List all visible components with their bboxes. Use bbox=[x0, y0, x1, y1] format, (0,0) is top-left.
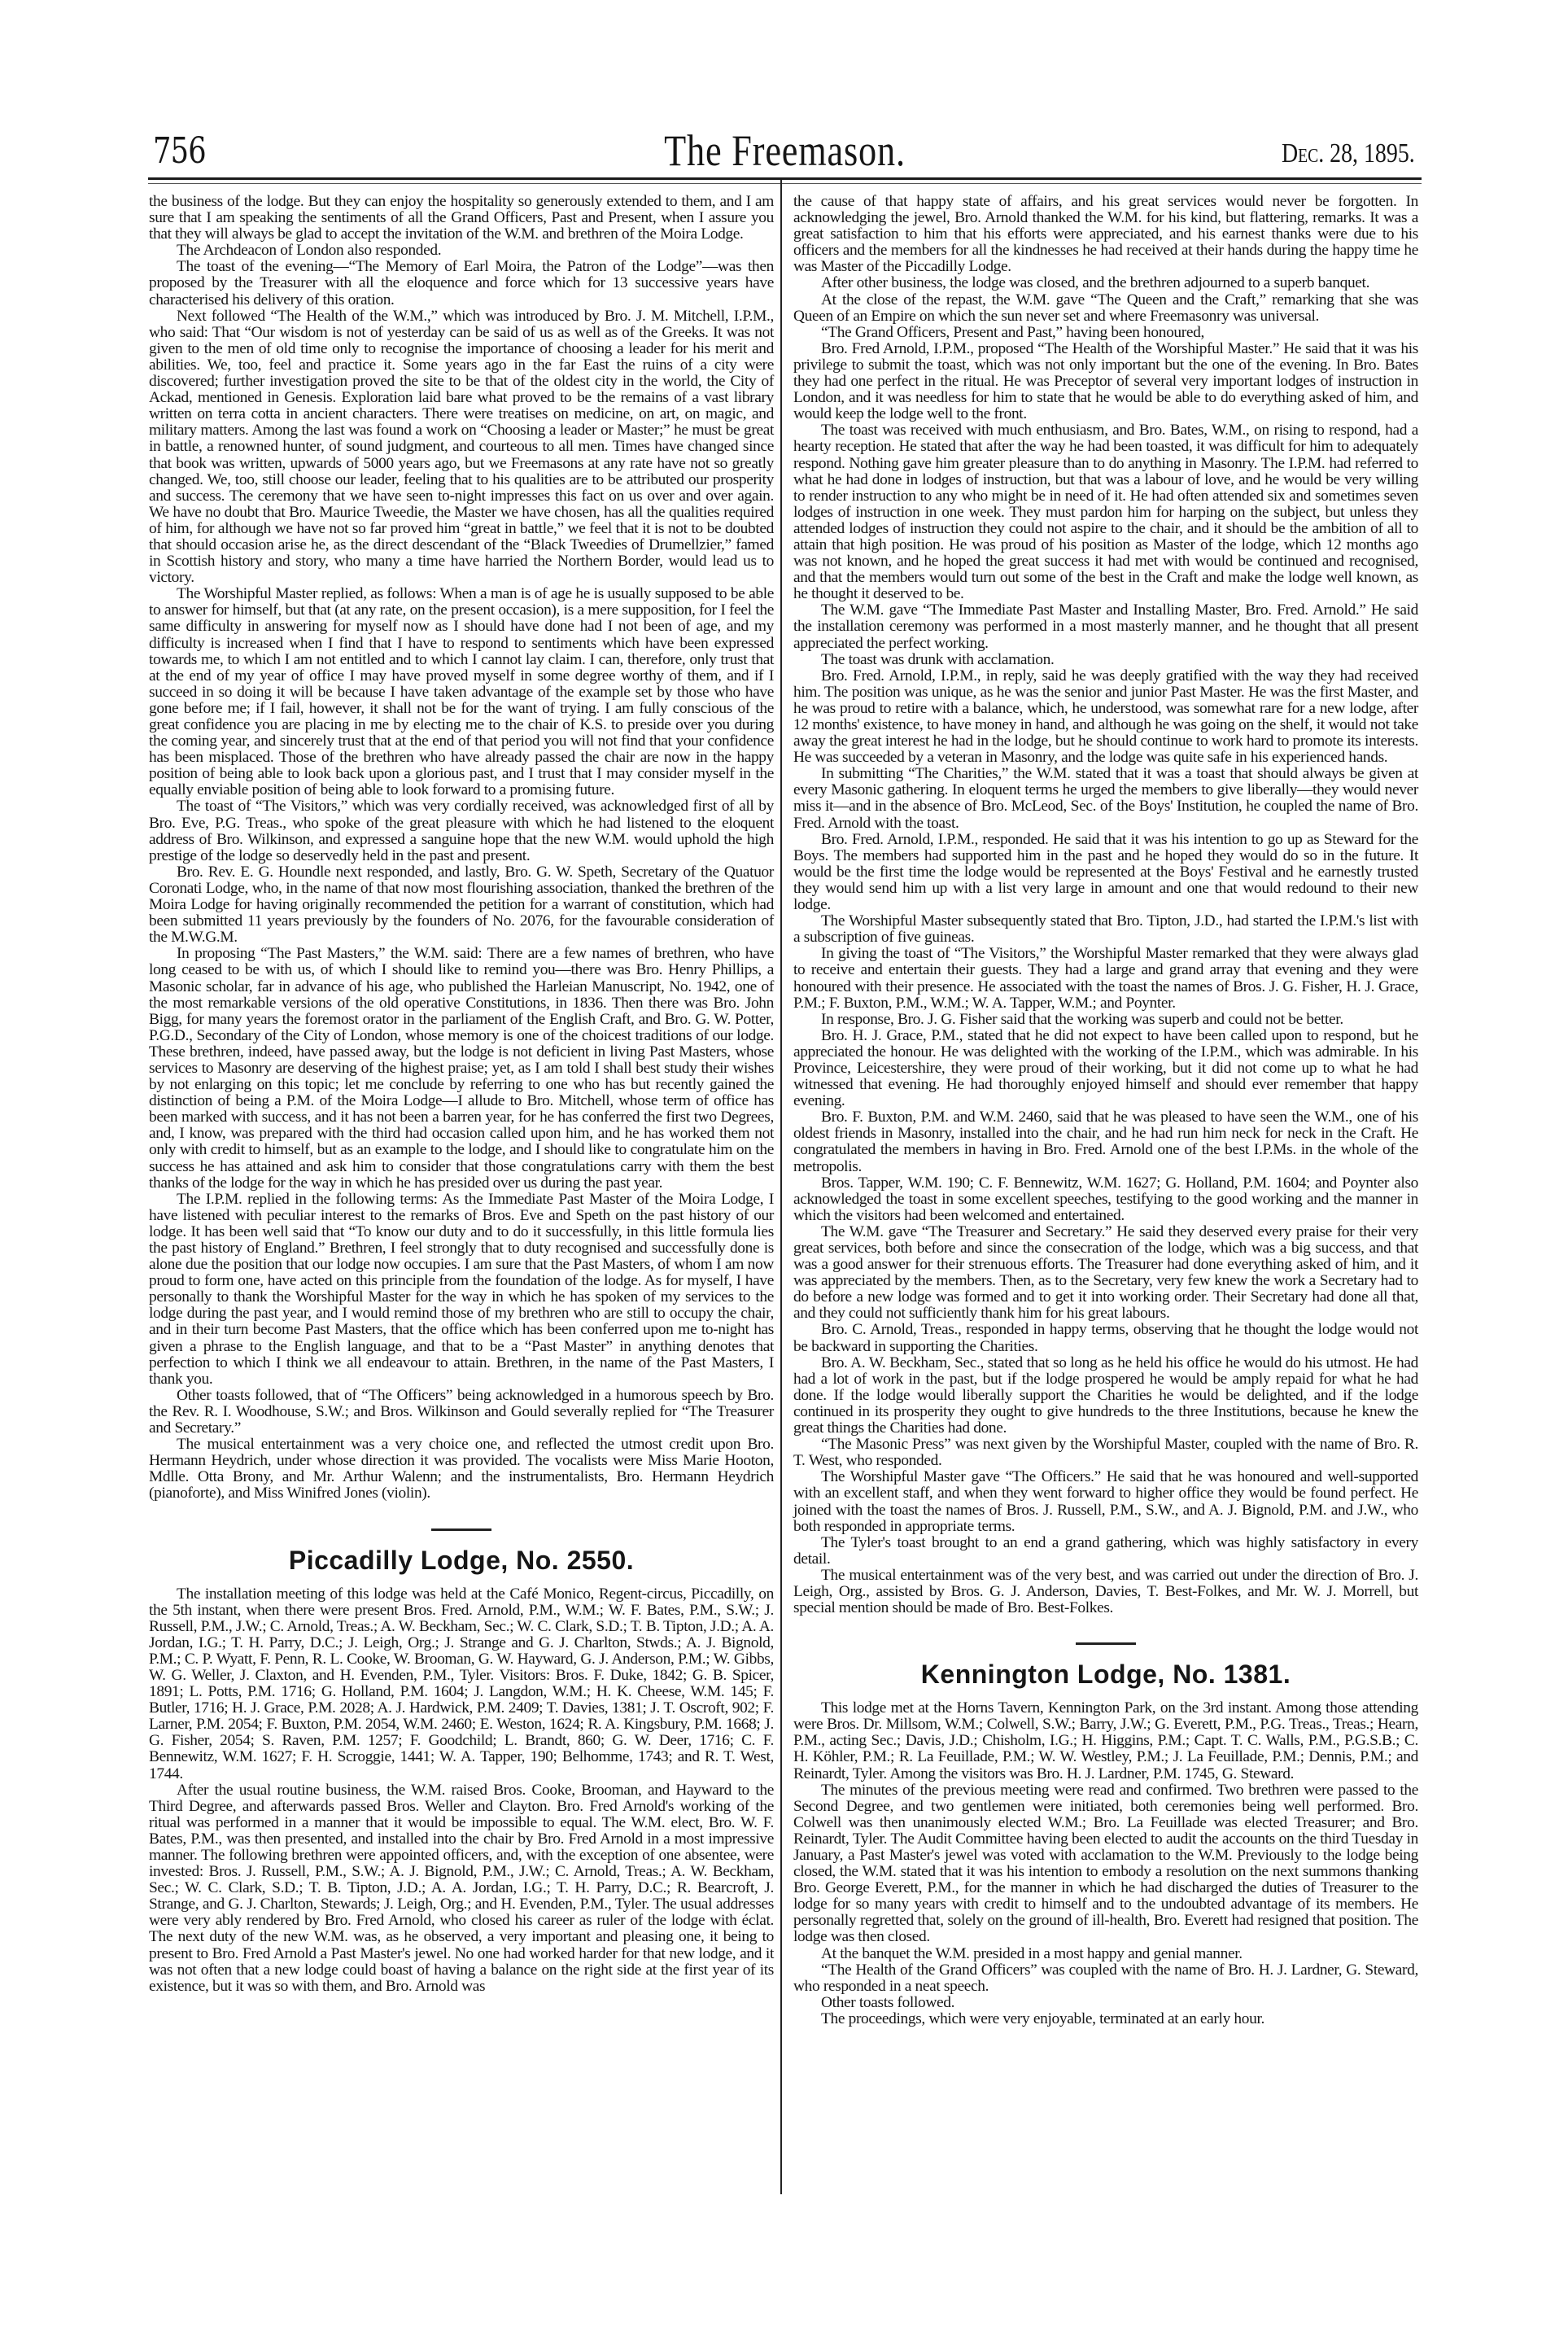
paragraph: The Worshipful Master replied, as follow… bbox=[149, 586, 774, 798]
paragraph: Other toasts followed, that of “The Offi… bbox=[149, 1388, 774, 1437]
paragraph: In submitting “The Charities,” the W.M. … bbox=[793, 766, 1418, 831]
paragraph: In proposing “The Past Masters,” the W.M… bbox=[149, 946, 774, 1191]
article-kennington-lodge: Kennington Lodge, No. 1381. This lodge m… bbox=[793, 1660, 1418, 2027]
paragraph: Other toasts followed. bbox=[793, 1995, 1418, 2011]
paragraph: The W.M. gave “The Immediate Past Master… bbox=[793, 602, 1418, 651]
paragraph: The minutes of the previous meeting were… bbox=[793, 1782, 1418, 1946]
paragraph: Bro. H. J. Grace, P.M., stated that he d… bbox=[793, 1028, 1418, 1109]
paragraph: “The Masonic Press” was next given by th… bbox=[793, 1437, 1418, 1469]
paragraph: The toast of the evening—“The Memory of … bbox=[149, 259, 774, 308]
paragraph: The Archdeacon of London also responded. bbox=[149, 243, 774, 259]
paragraph: This lodge met at the Horns Tavern, Kenn… bbox=[793, 1700, 1418, 1782]
paragraph: The installation meeting of this lodge w… bbox=[149, 1586, 774, 1782]
page-number: 756 bbox=[153, 130, 206, 172]
paragraph: Bro. Rev. E. G. Houndle next responded, … bbox=[149, 864, 774, 946]
newspaper-title: The Freemason. bbox=[263, 125, 1307, 176]
section-separator bbox=[431, 1528, 491, 1531]
article-heading: Kennington Lodge, No. 1381. bbox=[793, 1660, 1418, 1689]
paragraph: Bro. Fred. Arnold, I.P.M., responded. He… bbox=[793, 832, 1418, 913]
right-column: the cause of that happy state of affairs… bbox=[793, 194, 1418, 2027]
paragraph: At the banquet the W.M. presided in a mo… bbox=[793, 1946, 1418, 1962]
paragraph: After other business, the lodge was clos… bbox=[793, 275, 1418, 291]
paragraph: After the usual routine business, the W.… bbox=[149, 1782, 774, 1995]
article-moira-lodge-continued: the business of the lodge. But they can … bbox=[149, 194, 774, 1502]
paragraph: Next followed “The Health of the W.M.,” … bbox=[149, 308, 774, 587]
paragraph: “The Health of the Grand Officers” was c… bbox=[793, 1962, 1418, 1995]
paragraph: In giving the toast of “The Visitors,” t… bbox=[793, 946, 1418, 1011]
paragraph: Bro. A. W. Beckham, Sec., stated that so… bbox=[793, 1355, 1418, 1437]
paragraph: The musical entertainment was a very cho… bbox=[149, 1437, 774, 1502]
paragraph: Bro. Fred Arnold, I.P.M., proposed “The … bbox=[793, 341, 1418, 422]
article-piccadilly-lodge: Piccadilly Lodge, No. 2550. The installa… bbox=[149, 1546, 774, 1995]
paragraph: The Tyler's toast brought to an end a gr… bbox=[793, 1535, 1418, 1568]
paragraph: Bro. Fred. Arnold, I.P.M., in reply, sai… bbox=[793, 668, 1418, 767]
paragraph: The Worshipful Master gave “The Officers… bbox=[793, 1469, 1418, 1534]
masthead-rule-thin bbox=[148, 183, 1422, 184]
paragraph: The Worshipful Master subsequently state… bbox=[793, 913, 1418, 946]
paragraph: Bro. F. Buxton, P.M. and W.M. 2460, said… bbox=[793, 1109, 1418, 1174]
article-piccadilly-lodge-continued: the cause of that happy state of affairs… bbox=[793, 194, 1418, 1616]
paragraph: The I.P.M. replied in the following term… bbox=[149, 1192, 774, 1388]
paragraph: Bro. C. Arnold, Treas., responded in hap… bbox=[793, 1322, 1418, 1354]
left-column: the business of the lodge. But they can … bbox=[149, 194, 774, 1995]
paragraph: The toast of “The Visitors,” which was v… bbox=[149, 798, 774, 864]
paragraph: “The Grand Officers, Present and Past,” … bbox=[793, 325, 1418, 341]
paragraph: Bros. Tapper, W.M. 190; C. F. Bennewitz,… bbox=[793, 1175, 1418, 1224]
article-heading: Piccadilly Lodge, No. 2550. bbox=[149, 1546, 774, 1575]
masthead-rule-thick bbox=[148, 177, 1422, 180]
paragraph: The musical entertainment was of the ver… bbox=[793, 1568, 1418, 1616]
paragraph: The toast was drunk with acclamation. bbox=[793, 652, 1418, 668]
paragraph: The toast was received with much enthusi… bbox=[793, 422, 1418, 602]
paragraph: the business of the lodge. But they can … bbox=[149, 194, 774, 243]
newspaper-page: 756 The Freemason. Dec. 28, 1895. the bu… bbox=[0, 0, 1568, 2331]
section-separator bbox=[1076, 1642, 1136, 1645]
paragraph: In response, Bro. J. G. Fisher said that… bbox=[793, 1012, 1418, 1028]
paragraph: The W.M. gave “The Treasurer and Secreta… bbox=[793, 1224, 1418, 1323]
paragraph: At the close of the repast, the W.M. gav… bbox=[793, 292, 1418, 325]
issue-date: Dec. 28, 1895. bbox=[1282, 138, 1415, 169]
masthead: 756 The Freemason. Dec. 28, 1895. bbox=[148, 120, 1422, 179]
column-divider bbox=[780, 180, 782, 2194]
paragraph: The proceedings, which were very enjoyab… bbox=[793, 2011, 1418, 2027]
paragraph: the cause of that happy state of affairs… bbox=[793, 194, 1418, 275]
